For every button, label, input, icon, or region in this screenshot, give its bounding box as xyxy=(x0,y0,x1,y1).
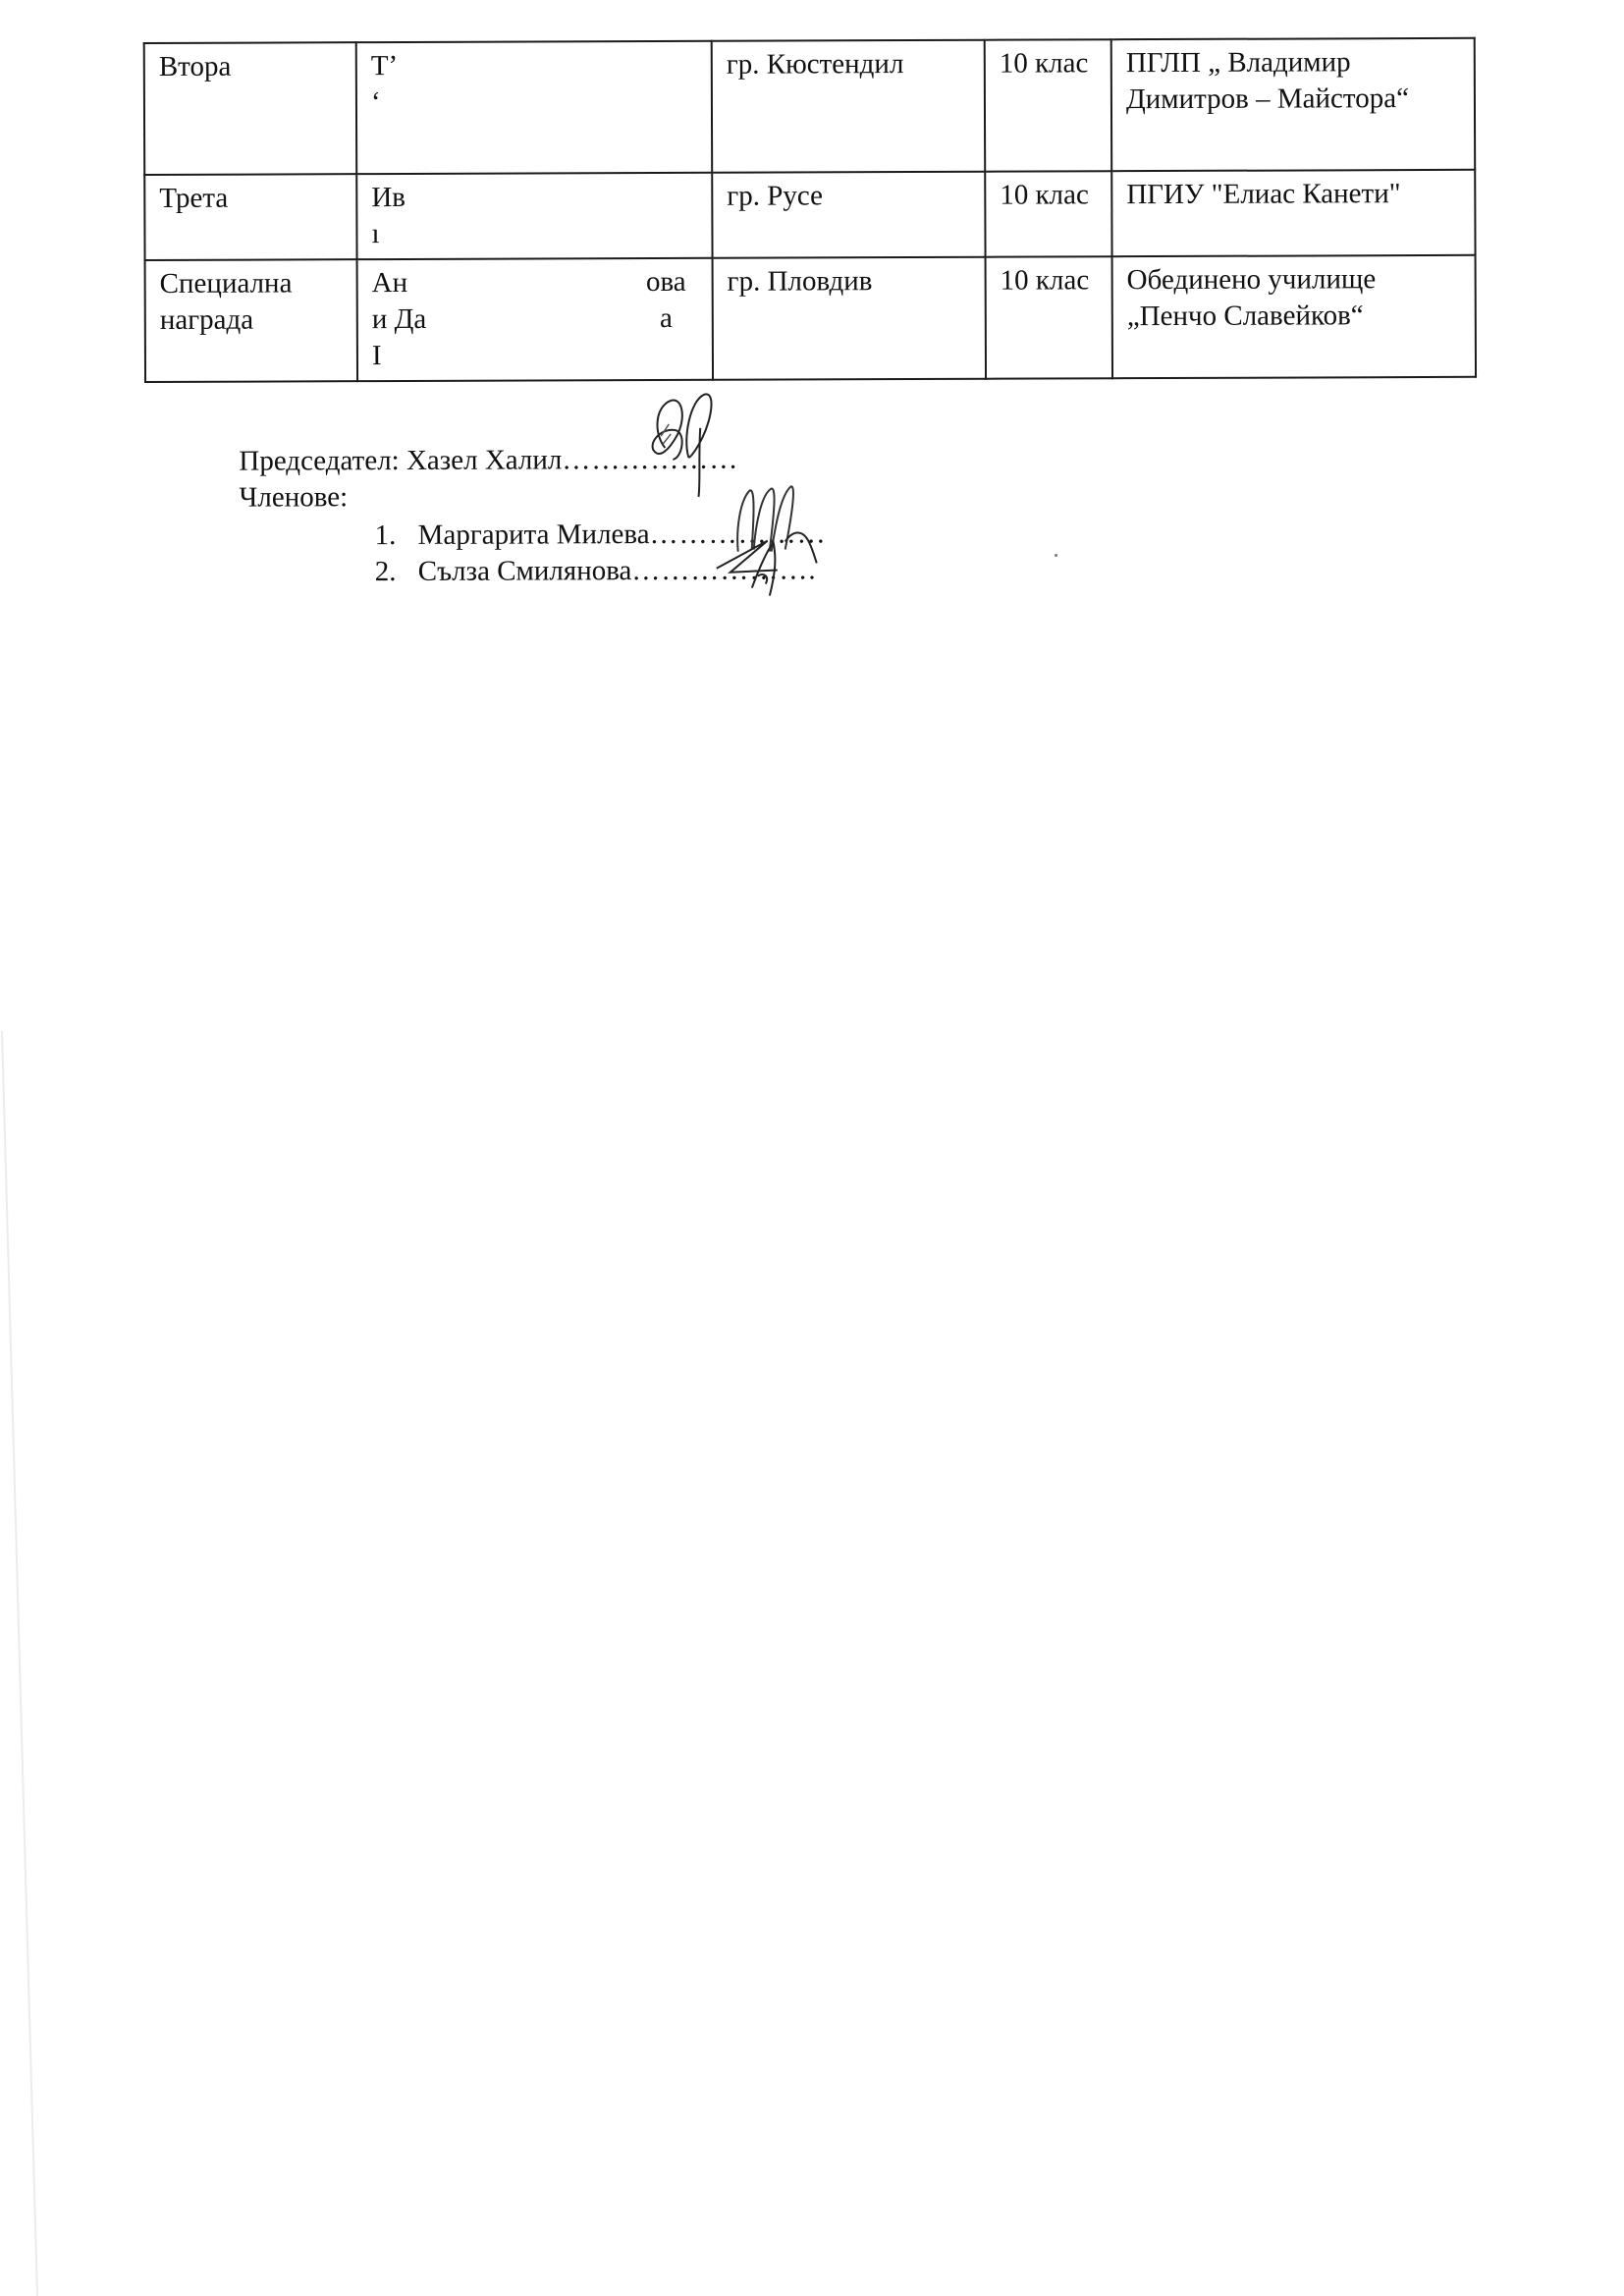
member-item: 1.Маргарита Милева……………… xyxy=(375,516,827,554)
grade-cell: 10 клас xyxy=(986,256,1112,378)
school-cell: ПГЛП „ Владимир Димитров – Майстора“ xyxy=(1111,38,1476,171)
member-name: Маргарита Милева xyxy=(418,519,650,551)
place-cell: Втора xyxy=(144,42,357,175)
redacted-name-cell: Т’ ‘ xyxy=(356,41,713,174)
scan-speck xyxy=(1055,554,1057,557)
name-fragment: и Даа xyxy=(372,301,698,338)
members-label: Членове: xyxy=(239,477,826,516)
name-fragment: I xyxy=(372,337,698,374)
name-fragment: Т’ xyxy=(371,47,697,84)
city-cell: гр. Пловдив xyxy=(713,257,986,380)
redacted-name-cell: Ив ı xyxy=(356,173,712,259)
member-name: Сълза Смилянова xyxy=(418,555,632,587)
chair-label: Председател: xyxy=(239,445,399,477)
grade-cell: 10 клас xyxy=(985,171,1111,256)
city-cell: гр. Русе xyxy=(712,172,985,258)
awards-table: Втора Т’ ‘ гр. Кюстендил 10 клас ПГЛП „ … xyxy=(143,37,1477,383)
place-cell: Трета xyxy=(144,174,356,260)
city-cell: гр. Кюстендил xyxy=(712,40,986,173)
member-number: 1. xyxy=(375,518,418,554)
place-cell: Специална награда xyxy=(145,259,357,382)
committee-signatures: Председател: Хазел Халил……………… Членове: … xyxy=(239,441,827,590)
signature-dots: ………………. xyxy=(631,554,816,586)
name-fragment: ı xyxy=(371,215,697,252)
name-fragment: Ив xyxy=(371,179,697,216)
name-fragment: ‘ xyxy=(371,83,697,121)
table-row: Втора Т’ ‘ гр. Кюстендил 10 клас ПГЛП „ … xyxy=(144,38,1476,175)
member-number: 2. xyxy=(375,554,418,590)
signature-dots: ……………… xyxy=(650,518,827,550)
table-row: Трета Ив ı гр. Русе 10 клас ПГИУ "Елиас … xyxy=(144,170,1475,260)
chair-line: Председател: Хазел Халил……………… xyxy=(239,441,826,479)
table-row: Специална награда Анова и Даа I гр. Плов… xyxy=(145,255,1476,382)
scanned-page: Втора Т’ ‘ гр. Кюстендил 10 клас ПГЛП „ … xyxy=(0,0,1624,2296)
chair-name: Хазел Халил xyxy=(406,444,563,476)
school-cell: Обединено училище „Пенчо Славейков“ xyxy=(1112,255,1476,378)
grade-cell: 10 клас xyxy=(985,39,1112,171)
name-fragment-right: а xyxy=(660,301,673,337)
name-fragment: Анова xyxy=(372,264,698,301)
redacted-name-cell: Анова и Даа I xyxy=(357,258,713,381)
members-list: 1.Маргарита Милева……………… 2.Сълза Смиляно… xyxy=(240,516,827,590)
school-cell: ПГИУ "Елиас Канети" xyxy=(1111,170,1475,256)
signature-dots: ……………… xyxy=(562,444,738,476)
member-item: 2.Сълза Смилянова………………. xyxy=(375,552,827,590)
name-fragment-right: ова xyxy=(646,264,686,301)
